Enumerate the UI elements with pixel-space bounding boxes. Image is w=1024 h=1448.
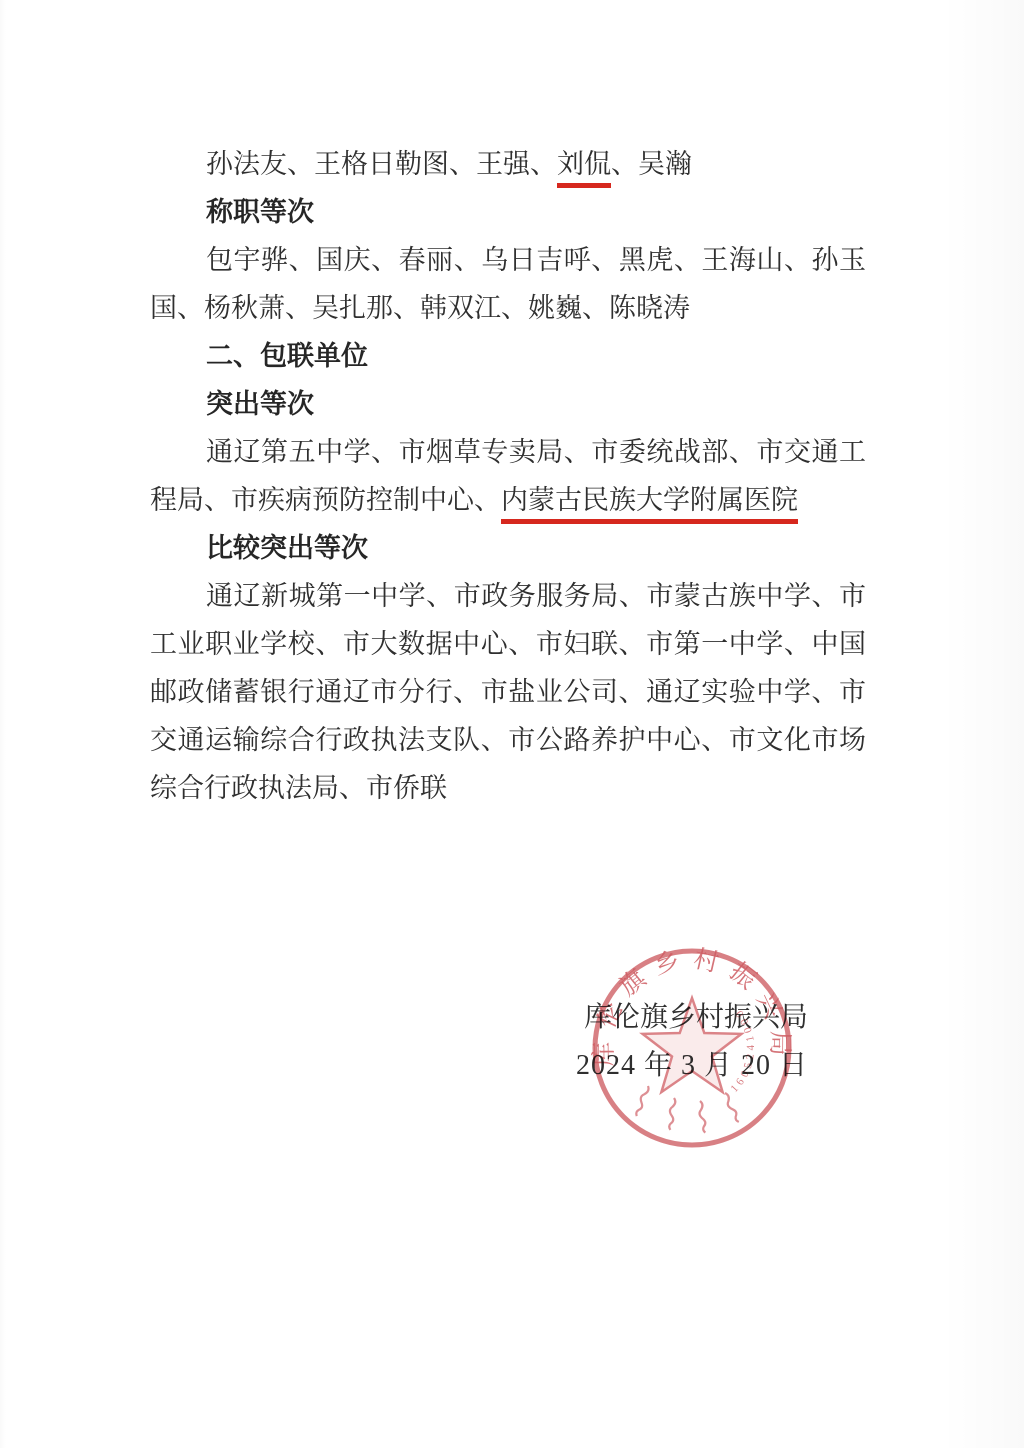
document-page: 孙法友、王格日勒图、王强、刘侃、吴瀚称职等次包宇骅、国庆、春丽、乌日吉呼、黑虎、… <box>0 0 1024 1448</box>
units-outstanding-line-2: 程局、市疾病预防控制中心、内蒙古民族大学附属医院 <box>150 476 866 524</box>
text-segment: 、吴瀚 <box>611 149 692 179</box>
text-segment: 国、杨秋萧、吴扎那、韩双江、姚巍、陈晓涛 <box>150 293 690 323</box>
text-segment: 通辽第五中学、市烟草专卖局、市委统战部、市交通工 <box>206 437 866 467</box>
red-underlined-text: 刘侃 <box>557 149 611 188</box>
units-relatively-line-3: 邮政储蓄银行通辽市分行、市盐业公司、通辽实验中学、市 <box>150 668 866 716</box>
mongolian-script-decoration <box>633 1085 739 1133</box>
text-segment: 工业职业学校、市大数据中心、市妇联、市第一中学、中国 <box>150 629 866 659</box>
units-relatively-line-5: 综合行政执法局、市侨联 <box>150 764 866 812</box>
heading-outstanding-grade: 突出等次 <box>150 380 866 428</box>
signature-date: 2024 年 3 月 20 日 <box>576 1042 808 1090</box>
text-segment: 邮政储蓄银行通辽市分行、市盐业公司、通辽实验中学、市 <box>150 677 866 707</box>
names-line-qualified-1: 包宇骅、国庆、春丽、乌日吉呼、黑虎、王海山、孙玉 <box>150 236 866 284</box>
red-underlined-text: 内蒙古民族大学附属医院 <box>501 485 798 524</box>
units-outstanding-line-1: 通辽第五中学、市烟草专卖局、市委统战部、市交通工 <box>150 428 866 476</box>
text-segment: 综合行政执法局、市侨联 <box>150 773 447 803</box>
document-body: 孙法友、王格日勒图、王强、刘侃、吴瀚称职等次包宇骅、国庆、春丽、乌日吉呼、黑虎、… <box>150 140 866 812</box>
units-relatively-line-2: 工业职业学校、市大数据中心、市妇联、市第一中学、中国 <box>150 620 866 668</box>
text-segment: 孙法友、王格日勒图、王强、 <box>206 149 557 179</box>
names-line-qualified-2: 国、杨秋萧、吴扎那、韩双江、姚巍、陈晓涛 <box>150 284 866 332</box>
signature-org: 库伦旗乡村振兴局 <box>576 994 808 1042</box>
heading-qualified-grade: 称职等次 <box>150 188 866 236</box>
text-segment: 程局、市疾病预防控制中心、 <box>150 485 501 515</box>
text-segment: 称职等次 <box>206 197 314 227</box>
names-line-competent-part1: 孙法友、王格日勒图、王强、刘侃、吴瀚 <box>150 140 866 188</box>
units-relatively-line-4: 交通运输综合行政执法支队、市公路养护中心、市文化市场 <box>150 716 866 764</box>
text-segment: 二、包联单位 <box>206 341 368 371</box>
text-segment: 比较突出等次 <box>206 533 368 563</box>
heading-relatively-outstanding-grade: 比较突出等次 <box>150 524 866 572</box>
text-segment: 通辽新城第一中学、市政务服务局、市蒙古族中学、市 <box>206 581 866 611</box>
units-relatively-line-1: 通辽新城第一中学、市政务服务局、市蒙古族中学、市 <box>150 572 866 620</box>
heading-section-two: 二、包联单位 <box>150 332 866 380</box>
text-segment: 包宇骅、国庆、春丽、乌日吉呼、黑虎、王海山、孙玉 <box>206 245 866 275</box>
text-segment: 突出等次 <box>206 389 314 419</box>
signature-block: 库伦旗乡村振兴局 2024 年 3 月 20 日 <box>576 994 808 1090</box>
text-segment: 交通运输综合行政执法支队、市公路养护中心、市文化市场 <box>150 725 866 755</box>
